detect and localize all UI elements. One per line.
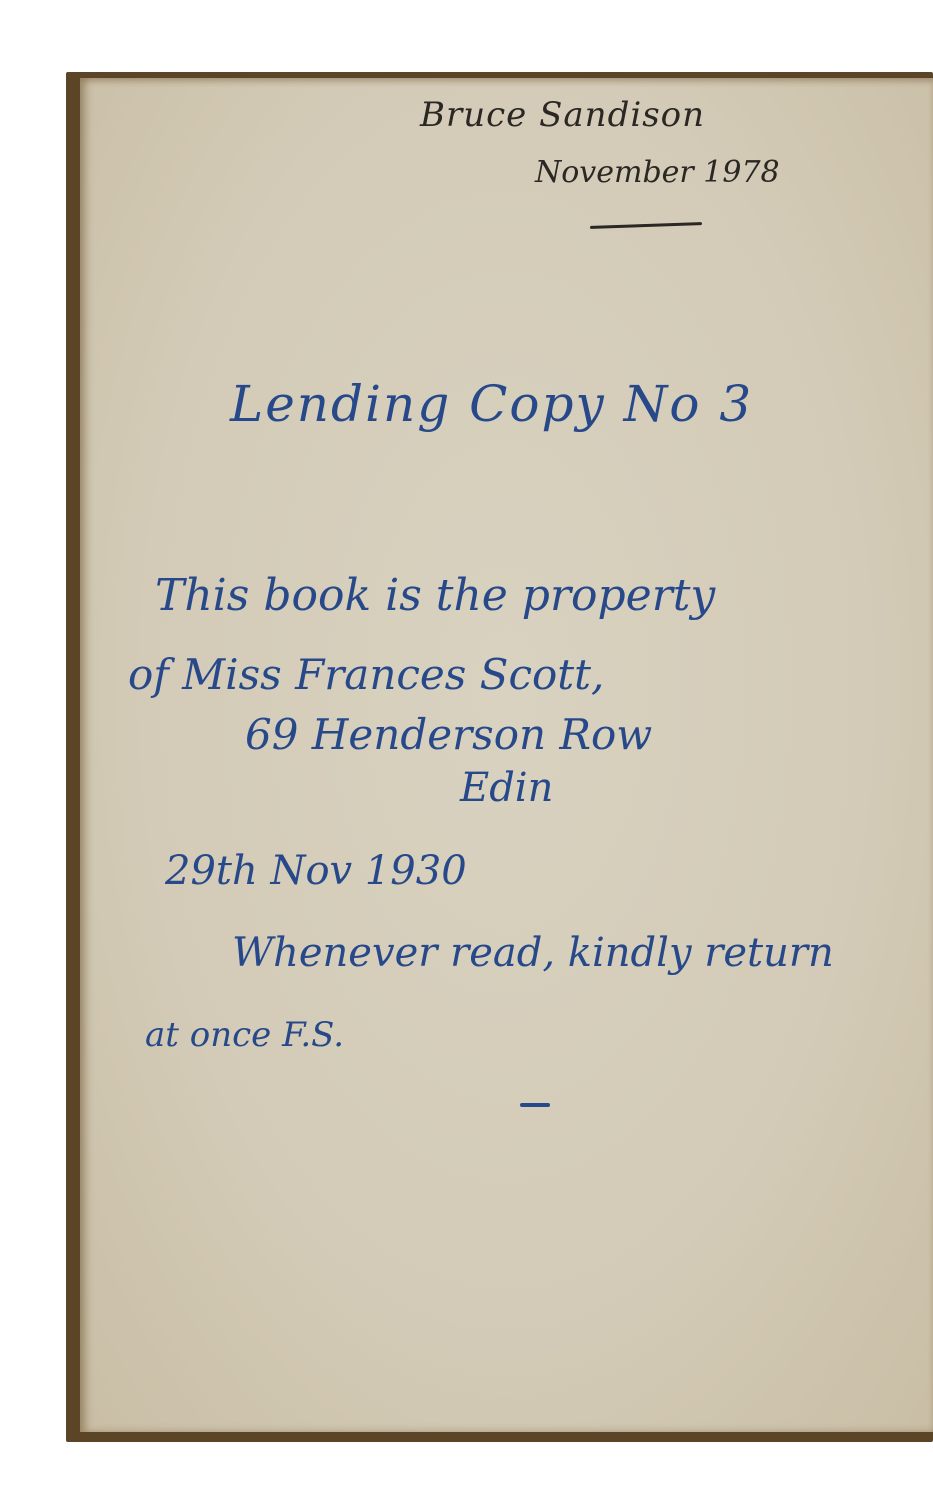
- signature-date: November 1978: [535, 155, 780, 190]
- ink-dash: [520, 1103, 550, 1107]
- inscription-address: 69 Henderson Row: [245, 710, 652, 759]
- inscription-date: 29th Nov 1930: [165, 848, 467, 894]
- inscription-initials: at once F.S.: [145, 1015, 344, 1055]
- inscription-line-1: This book is the property: [155, 570, 715, 621]
- signature: Bruce Sandison: [420, 95, 705, 135]
- inscription-line-2: of Miss Frances Scott,: [128, 650, 604, 699]
- inscription-city: Edin: [460, 765, 553, 811]
- lending-copy-heading: Lending Copy No 3: [230, 375, 753, 433]
- inscription-request: Whenever read, kindly return: [232, 930, 834, 976]
